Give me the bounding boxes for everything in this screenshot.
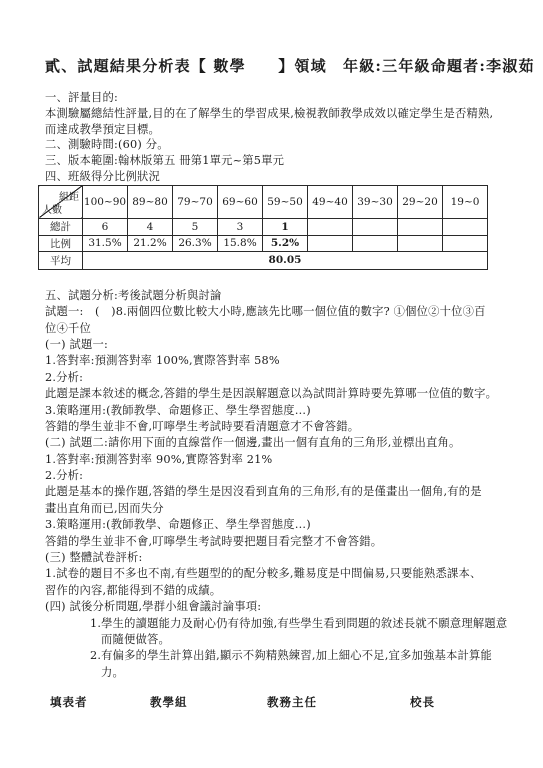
analysis-subitem-line: 1.學生的讀題能力及耐心仍有待加強,有些學生看到問題的敘述長就不願意理解題意 — [45, 616, 501, 632]
section-heading-time: 二、測驗時間:(60) 分。 — [45, 137, 501, 153]
range-header-cell: 29~20 — [398, 185, 443, 218]
analysis-line: (二) 試題二:請你用下面的直線當作一個邊,畫出一個有直角的三角形,並標出直角。 — [45, 435, 501, 451]
section-heading-distribution: 四、班級得分比例狀況 — [45, 169, 501, 185]
ratio-cell — [353, 235, 398, 251]
analysis-subitem-line: 而隨便做答。 — [45, 632, 501, 648]
analysis-line: 試題一: ( )8.兩個四位數比較大小時,應該先比哪一個位值的數字? ①個位②十… — [45, 304, 501, 320]
range-header-cell: 100~90 — [83, 185, 128, 218]
diagonal-header-cell: 組距 人數 — [39, 185, 83, 218]
section-heading-scope: 三、版本範圍:翰林版第五 冊第1單元~第5單元 — [45, 153, 501, 169]
document-page: 貳、試題結果分析表【 數學 】領域 年級:三年級命題者:李淑茹 一、評量目的: … — [0, 0, 543, 714]
average-row: 平均 80.05 — [39, 251, 488, 269]
analysis-line: (四) 試後分析問題,學群小組會議討論事項: — [45, 599, 501, 615]
score-range-label: 組距 — [59, 188, 79, 203]
analysis-subitem-line: 力。 — [45, 665, 501, 681]
analysis-line: (一) 試題一: — [45, 337, 501, 353]
analysis-line: 習作的內容,都能得到不錯的成績。 — [45, 583, 501, 599]
purpose-text-line: 本測驗屬總結性評量,目的在了解學生的學習成果,檢視教師教學成效以確定學生是否精熟… — [45, 106, 501, 122]
section-heading-analysis: 五、試題分析:考後試題分析與討論 — [45, 288, 501, 304]
analysis-line: 答錯的學生並非不會,叮嚀學生考試時要把題目看完整才不會答錯。 — [45, 534, 501, 550]
analysis-line: (三) 整體試卷評析: — [45, 550, 501, 566]
signature-label-principal: 校長 — [410, 694, 435, 710]
analysis-line: 1.試卷的題目不多也不南,有些題型的的配分較多,難易度是中間偏易,只要能熟悉課本… — [45, 566, 501, 582]
total-row: 總計 6 4 5 3 1 — [39, 218, 488, 235]
range-header-cell: 39~30 — [353, 185, 398, 218]
range-header-cell: 89~80 — [128, 185, 173, 218]
ratio-cell: 31.5% — [83, 235, 128, 251]
ratio-cell: 21.2% — [128, 235, 173, 251]
total-cell — [353, 218, 398, 235]
signature-label-teaching-group: 教學組 — [150, 694, 188, 710]
analysis-line: 此題是課本敘述的概念,答錯的學生是因誤解題意以為試問計算時要先算哪一位值的數字。 — [45, 386, 501, 402]
signature-label-filler: 填表者 — [50, 694, 88, 710]
range-header-cell: 59~50 — [263, 185, 308, 218]
analysis-line: 1.答對率:預測答對率 90%,實際答對率 21% — [45, 452, 501, 468]
row-label-average: 平均 — [39, 251, 83, 269]
total-cell — [308, 218, 353, 235]
ratio-cell: 26.3% — [173, 235, 218, 251]
range-header-cell: 49~40 — [308, 185, 353, 218]
range-header-cell: 19~0 — [443, 185, 488, 218]
row-label-ratio: 比例 — [39, 235, 83, 251]
ratio-cell — [398, 235, 443, 251]
signature-row: 填表者 教學組 教務主任 校長 — [45, 694, 501, 714]
analysis-line: 2.分析: — [45, 468, 501, 484]
purpose-text-line: 而達成教學預定目標。 — [45, 122, 501, 138]
range-header-cell: 69~60 — [218, 185, 263, 218]
average-value-cell: 80.05 — [83, 251, 488, 269]
total-cell: 1 — [263, 218, 308, 235]
total-cell: 3 — [218, 218, 263, 235]
page-title: 貳、試題結果分析表【 數學 】領域 年級:三年級命題者:李淑茹 — [45, 54, 501, 78]
section-heading-purpose: 一、評量目的: — [45, 90, 501, 106]
total-cell: 5 — [173, 218, 218, 235]
row-label-total: 總計 — [39, 218, 83, 235]
range-header-cell: 79~70 — [173, 185, 218, 218]
analysis-line: 畫出直角而已,因而失分 — [45, 501, 501, 517]
ratio-cell: 5.2% — [263, 235, 308, 251]
ratio-cell: 15.8% — [218, 235, 263, 251]
score-distribution-table: 組距 人數 100~90 89~80 79~70 69~60 59~50 49~… — [38, 185, 488, 270]
ratio-row: 比例 31.5% 21.2% 26.3% 15.8% 5.2% — [39, 235, 488, 251]
signature-label-academic-director: 教務主任 — [267, 694, 317, 710]
people-count-label: 人數 — [42, 201, 62, 216]
analysis-line: 此題是基本的操作題,答錯的學生是因沒看到直角的三角形,有的是僅畫出一個角,有的是 — [45, 484, 501, 500]
total-cell — [398, 218, 443, 235]
analysis-line: 3.策略運用:(教師教學、命題修正、學生學習態度…) — [45, 403, 501, 419]
total-cell — [443, 218, 488, 235]
total-cell: 4 — [128, 218, 173, 235]
ratio-cell — [308, 235, 353, 251]
ratio-cell — [443, 235, 488, 251]
analysis-subitem-line: 2.有偏多的學生計算出錯,顯示不夠精熟練習,加上細心不足,宜多加強基本計算能 — [45, 648, 501, 664]
analysis-line: 3.策略運用:(教師教學、命題修正、學生學習態度…) — [45, 517, 501, 533]
analysis-line: 1.答對率:預測答對率 100%,實際答對率 58% — [45, 353, 501, 369]
total-cell: 6 — [83, 218, 128, 235]
analysis-line: 答錯的學生並非不會,叮嚀學生考試時要看清題意才不會答錯。 — [45, 419, 501, 435]
analysis-line: 2.分析: — [45, 370, 501, 386]
table-header-row: 組距 人數 100~90 89~80 79~70 69~60 59~50 49~… — [39, 185, 488, 218]
analysis-line: 位④千位 — [45, 321, 501, 337]
